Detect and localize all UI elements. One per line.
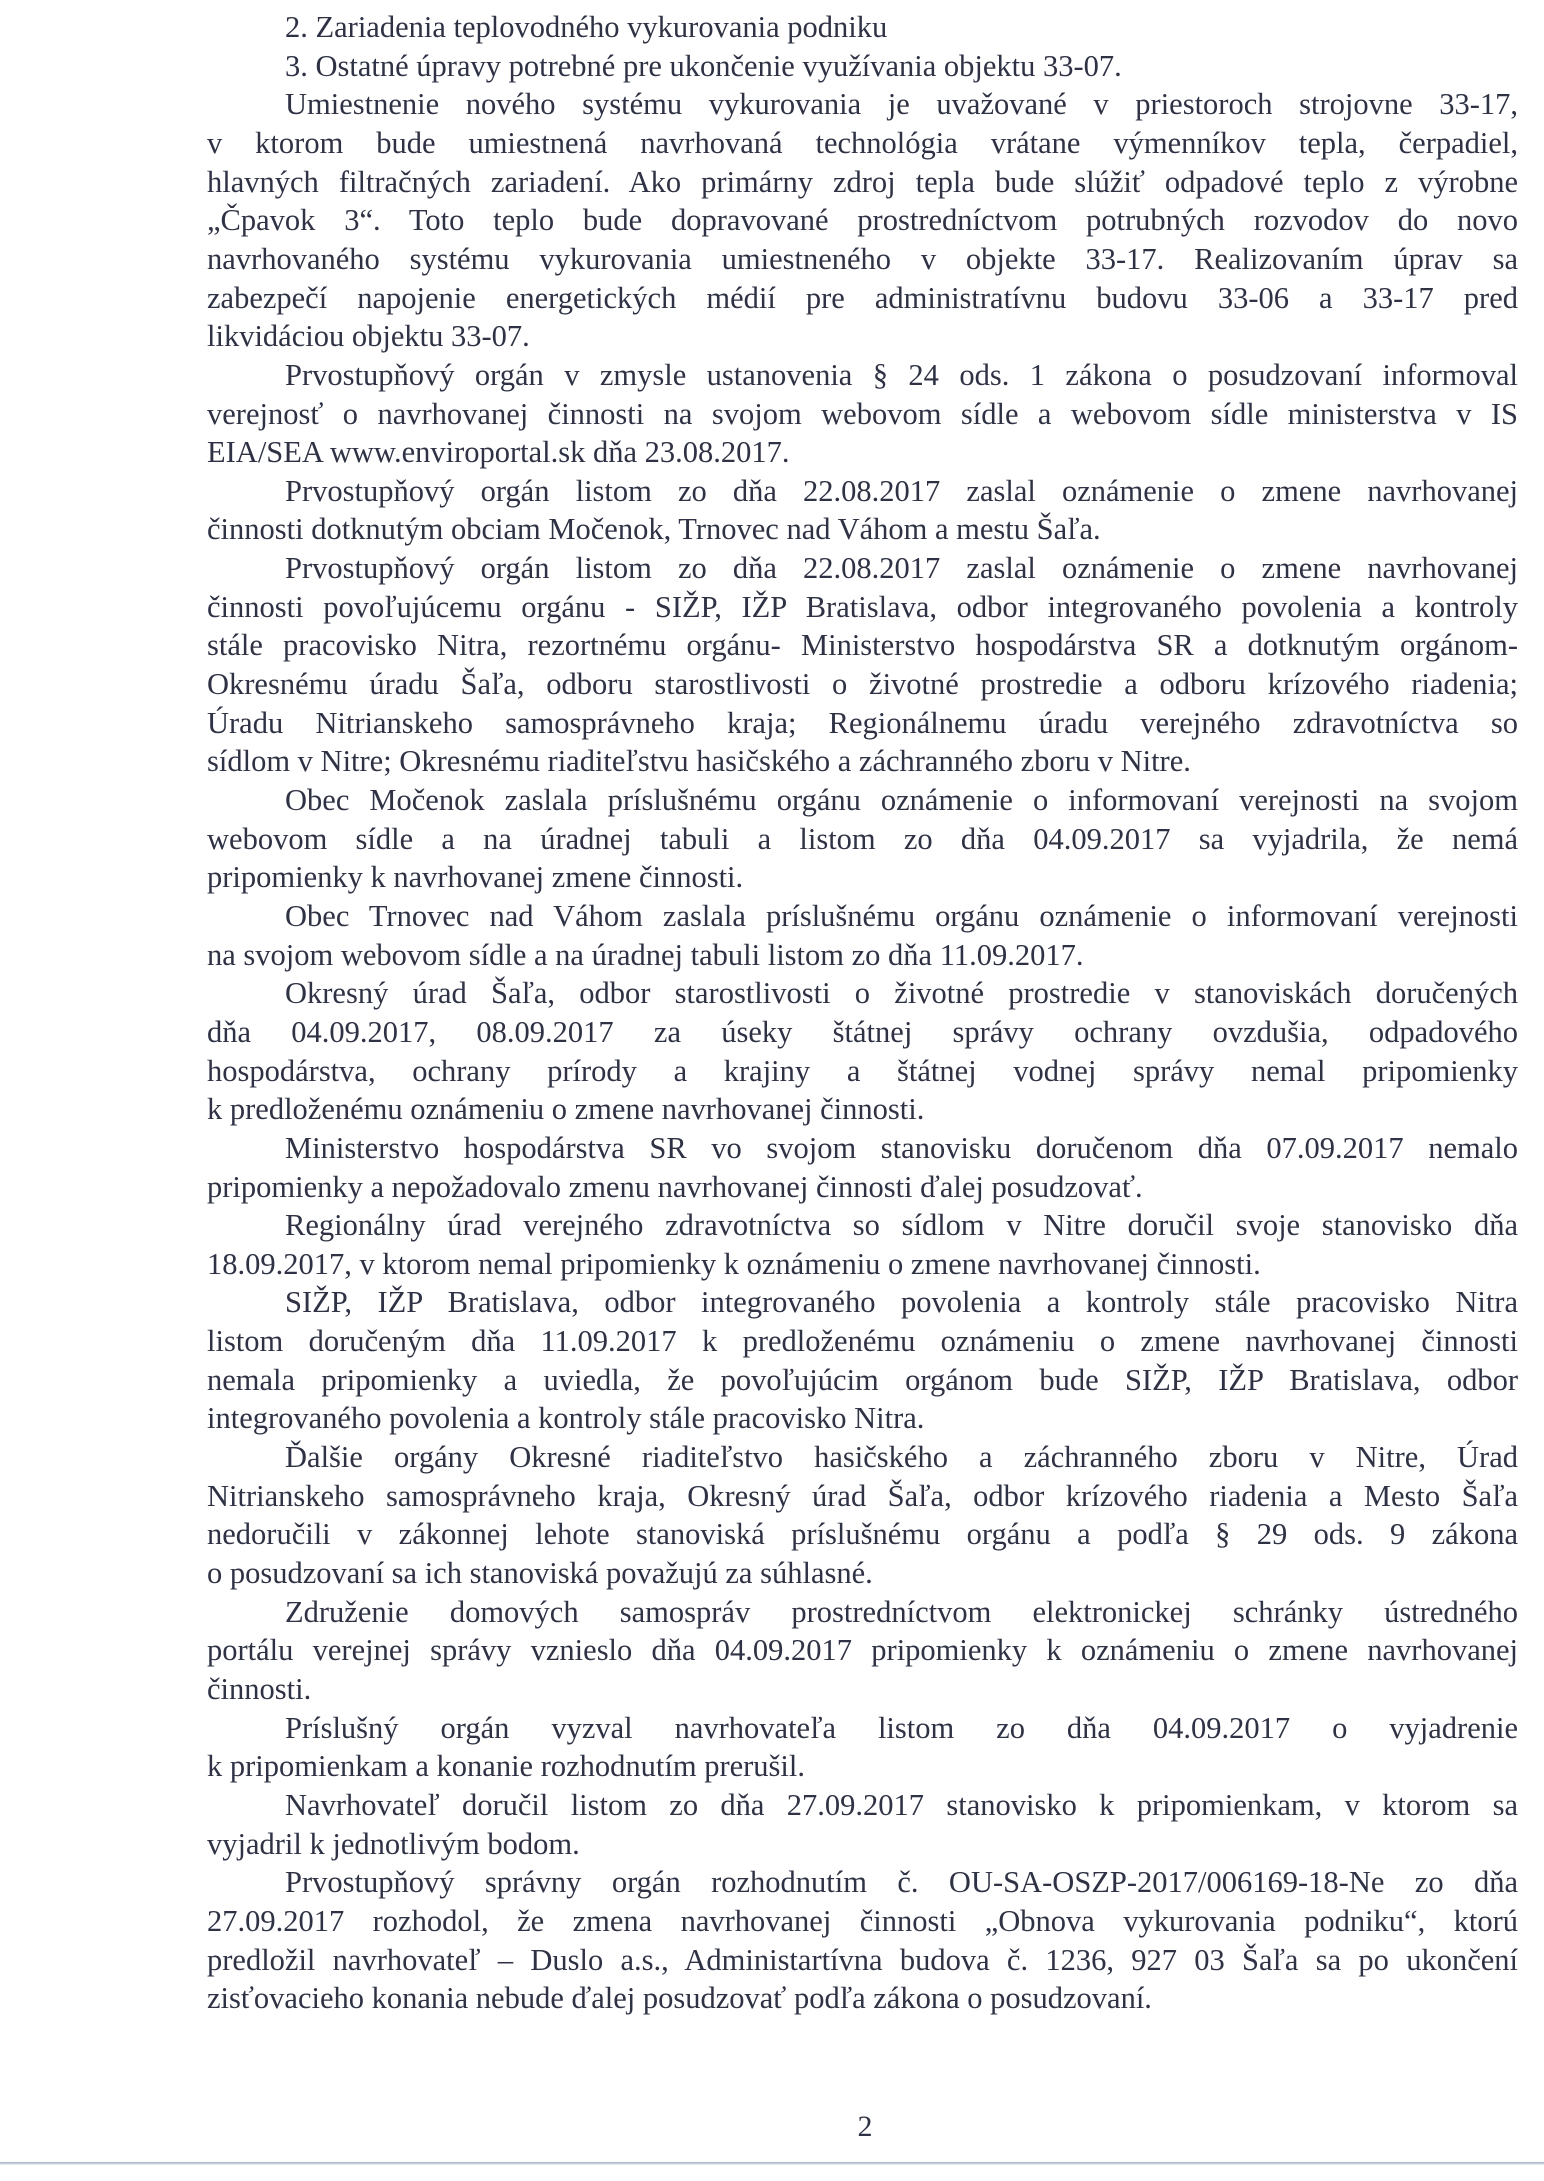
text-line: 18.09.2017, v ktorom nemal pripomienky k… — [207, 1245, 1518, 1284]
document-page: 2. Zariadenia teplovodného vykurovania p… — [0, 0, 1544, 2181]
text-line: Obec Močenok zaslala príslušnému orgánu … — [207, 781, 1518, 820]
text-line: hlavných filtračných zariadení. Ako prim… — [207, 163, 1518, 202]
text-line: Obec Trnovec nad Váhom zaslala príslušné… — [207, 897, 1518, 936]
scan-edge-divider — [0, 2162, 1544, 2165]
text-line: Úradu Nitrianskeho samosprávneho kraja; … — [207, 704, 1518, 743]
text-line: pripomienky a nepožadovalo zmenu navrhov… — [207, 1168, 1518, 1207]
text-line: Regionálny úrad verejného zdravotníctva … — [207, 1206, 1518, 1245]
text-line: SIŽP, IŽP Bratislava, odbor integrovanéh… — [207, 1283, 1518, 1322]
text-line: sídlom v Nitre; Okresnému riaditeľstvu h… — [207, 742, 1518, 781]
text-line: EIA/SEA www.enviroportal.sk dňa 23.08.20… — [207, 433, 1518, 472]
text-line: verejnosť o navrhovanej činnosti na svoj… — [207, 395, 1518, 434]
text-line: Okresnému úradu Šaľa, odboru starostlivo… — [207, 665, 1518, 704]
text-line: integrovaného povolenia a kontroly stále… — [207, 1399, 1518, 1438]
text-line: dňa 04.09.2017, 08.09.2017 za úseky štát… — [207, 1013, 1518, 1052]
text-line: Príslušný orgán vyzval navrhovateľa list… — [207, 1709, 1518, 1748]
text-line: stále pracovisko Nitra, rezortnému orgán… — [207, 626, 1518, 665]
text-line: 3. Ostatné úpravy potrebné pre ukončenie… — [207, 47, 1518, 86]
text-line: portálu verejnej správy vznieslo dňa 04.… — [207, 1631, 1518, 1670]
text-line: zisťovacieho konania nebude ďalej posudz… — [207, 1979, 1518, 2018]
text-line: Združenie domových samospráv prostredníc… — [207, 1593, 1518, 1632]
text-line: k predloženému oznámeniu o zmene navrhov… — [207, 1090, 1518, 1129]
text-line: Ďalšie orgány Okresné riaditeľstvo hasič… — [207, 1438, 1518, 1477]
text-line: na svojom webovom sídle a na úradnej tab… — [207, 936, 1518, 975]
text-line: likvidáciou objektu 33-07. — [207, 317, 1518, 356]
text-line: nedoručili v zákonnej lehote stanoviská … — [207, 1515, 1518, 1554]
text-line: „Čpavok 3“. Toto teplo bude dopravované … — [207, 201, 1518, 240]
text-line: činnosti. — [207, 1670, 1518, 1709]
text-line: listom doručeným dňa 11.09.2017 k predlo… — [207, 1322, 1518, 1361]
text-line: Okresný úrad Šaľa, odbor starostlivosti … — [207, 974, 1518, 1013]
text-line: webovom sídle a na úradnej tabuli a list… — [207, 820, 1518, 859]
text-line: predložil navrhovateľ – Duslo a.s., Admi… — [207, 1941, 1518, 1980]
text-line: 27.09.2017 rozhodol, že zmena navrhovane… — [207, 1902, 1518, 1941]
text-line: Navrhovateľ doručil listom zo dňa 27.09.… — [207, 1786, 1518, 1825]
text-line: hospodárstva, ochrany prírody a krajiny … — [207, 1052, 1518, 1091]
text-line: pripomienky k navrhovanej zmene činnosti… — [207, 858, 1518, 897]
text-line: Nitrianskeho samosprávneho kraja, Okresn… — [207, 1477, 1518, 1516]
text-line: k pripomienkam a konanie rozhodnutím pre… — [207, 1747, 1518, 1786]
text-line: Ministerstvo hospodárstva SR vo svojom s… — [207, 1129, 1518, 1168]
text-line: Prvostupňový správny orgán rozhodnutím č… — [207, 1863, 1518, 1902]
text-line: zabezpečí napojenie energetických médií … — [207, 279, 1518, 318]
text-line: činnosti povoľujúcemu orgánu - SIŽP, IŽP… — [207, 588, 1518, 627]
page-number: 2 — [0, 2110, 1544, 2144]
text-line: v ktorom bude umiestnená navrhovaná tech… — [207, 124, 1518, 163]
text-line: činnosti dotknutým obciam Močenok, Trnov… — [207, 510, 1518, 549]
text-line: navrhovaného systému vykurovania umiestn… — [207, 240, 1518, 279]
text-line: Prvostupňový orgán v zmysle ustanovenia … — [207, 356, 1518, 395]
text-line: 2. Zariadenia teplovodného vykurovania p… — [207, 8, 1518, 47]
text-line: Umiestnenie nového systému vykurovania j… — [207, 85, 1518, 124]
text-line: Prvostupňový orgán listom zo dňa 22.08.2… — [207, 549, 1518, 588]
text-line: nemala pripomienky a uviedla, že povoľuj… — [207, 1361, 1518, 1400]
text-line: Prvostupňový orgán listom zo dňa 22.08.2… — [207, 472, 1518, 511]
text-line: vyjadril k jednotlivým bodom. — [207, 1825, 1518, 1864]
text-line: o posudzovaní sa ich stanoviská považujú… — [207, 1554, 1518, 1593]
